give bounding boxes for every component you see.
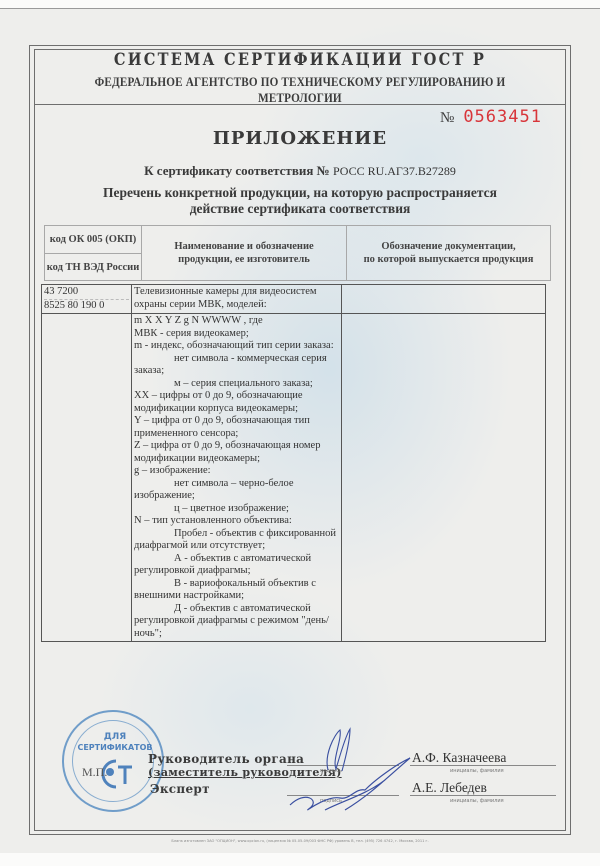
product-line: охраны серии МВК, моделей: — [134, 299, 339, 312]
number-sign: № — [440, 110, 454, 126]
okp-code: 43 7200 — [44, 286, 129, 299]
product-line: регулировкой диафрагмы с режимом "день/ — [134, 615, 339, 628]
certificate-number: РОСС RU.АГ37.В27289 — [333, 164, 456, 178]
product-line: N – тип установленного объектива: — [134, 515, 339, 528]
expert-label: Эксперт — [150, 782, 210, 796]
certificate-label: К сертификату соответствия № — [144, 163, 330, 178]
product-line: изображение; — [134, 490, 339, 503]
product-line: примененного сенсора; — [134, 428, 339, 441]
expert-signature — [285, 750, 415, 830]
product-line: нет символа - коммерческая серия — [134, 353, 339, 366]
product-line: диафрагмой или отсутствует; — [134, 540, 339, 553]
product-line: Телевизионные камеры для видеосистем — [134, 286, 339, 299]
product-cell: Телевизионные камеры для видеосистемохра… — [132, 285, 342, 313]
appendix-title: ПРИЛОЖЕНИЕ — [34, 128, 566, 149]
product-header-line-2: продукции, ее изготовитель — [174, 253, 313, 266]
form-number-value: 0563451 — [463, 107, 542, 127]
expert-name: А.Е. Лебедев — [412, 780, 487, 796]
agency-name: ФЕДЕРАЛЬНОЕ АГЕНТСТВО ПО ТЕХНИЧЕСКОМУ РЕ… — [59, 74, 541, 106]
product-line: модификации корпуса видеокамеры; — [134, 403, 339, 416]
table-row: 43 72008525 80 190 0Телевизионные камеры… — [42, 285, 545, 314]
head-label: Руководитель органа — [148, 752, 304, 766]
product-line: нет символа – черно-белое — [134, 478, 339, 491]
documentation-cell — [342, 285, 545, 313]
product-line: заказа; — [134, 365, 339, 378]
docs-header-line-1: Обозначение документации, — [364, 240, 534, 253]
product-line: Д - объектив с автоматической — [134, 603, 339, 616]
system-title: СИСТЕМА СЕРТИФИКАЦИИ ГОСТ Р — [71, 50, 529, 70]
product-line: МВК - серия видеокамер; — [134, 328, 339, 341]
product-line: регулировкой диафрагмы; — [134, 565, 339, 578]
product-line: внешними настройками; — [134, 590, 339, 603]
documentation-cell — [342, 314, 545, 641]
product-line: m X X Y Z g N WWWW , где — [134, 315, 339, 328]
expert-name-line — [410, 795, 556, 796]
form-number: №0563451 — [440, 107, 542, 127]
product-line: В - вариофокальный объектив с — [134, 578, 339, 591]
product-column-header: Наименование и обозначениепродукции, ее … — [142, 226, 347, 280]
seal-place-label: М.П. — [82, 765, 107, 780]
scope-description: Перечень конкретной продукции, на котору… — [34, 185, 566, 217]
stamp-top-text: ДЛЯ — [64, 732, 166, 742]
product-header-line-1: Наименование и обозначение — [174, 240, 313, 253]
certificate-reference: К сертификату соответствия № РОСС RU.АГ3… — [34, 163, 566, 179]
product-line: Z – цифра от 0 до 9, обозначающая номер — [134, 440, 339, 453]
product-line: Y – цифра от 0 до 9, обозначающая тип — [134, 415, 339, 428]
docs-column-header: Обозначение документации,по которой выпу… — [347, 226, 550, 280]
product-line: g – изображение: — [134, 465, 339, 478]
scope-line-2: действие сертификата соответствия — [34, 201, 566, 217]
tnved-code: 8525 80 190 0 — [44, 299, 129, 313]
code-cell: 43 72008525 80 190 0 — [42, 285, 132, 313]
product-table: 43 72008525 80 190 0Телевизионные камеры… — [41, 284, 546, 642]
code-column-header: код ОК 005 (ОКП) код ТН ВЭД России — [45, 226, 142, 280]
expert-name-caption: инициалы, фамилия — [450, 798, 504, 804]
head-name-line — [410, 765, 556, 766]
product-line: XX – цифры от 0 до 9, обозначающие — [134, 390, 339, 403]
product-line: Пробел - объектив с фиксированной — [134, 528, 339, 541]
product-line: модификации видеокамеры; — [134, 453, 339, 466]
printer-imprint: Бланк изготовлен ЗАО "ОПЦИОН", www.opcio… — [0, 839, 600, 843]
product-line: ц – цветное изображение; — [134, 503, 339, 516]
code-cell — [42, 314, 132, 641]
table-row: m X X Y Z g N WWWW , гдеМВК - серия виде… — [42, 314, 545, 641]
docs-header-line-2: по которой выпускается продукция — [364, 253, 534, 266]
tnved-code-header: код ТН ВЭД России — [45, 254, 141, 280]
product-line: ночь"; — [134, 628, 339, 641]
product-line: м – серия специального заказа; — [134, 378, 339, 391]
product-cell: m X X Y Z g N WWWW , гдеМВК - серия виде… — [132, 314, 342, 641]
scope-line-1: Перечень конкретной продукции, на котору… — [34, 185, 566, 201]
okp-code-header: код ОК 005 (ОКП) — [45, 226, 141, 254]
table-header: код ОК 005 (ОКП) код ТН ВЭД России Наиме… — [44, 225, 551, 281]
product-line: m - индекс, обозначающий тип серии заказ… — [134, 340, 339, 353]
stamp-main-text: СЕРТИФИКАТОВ — [64, 743, 166, 752]
head-name: А.Ф. Казначеева — [412, 750, 506, 766]
head-name-caption: инициалы, фамилия — [450, 768, 504, 774]
product-line: А - объектив с автоматической — [134, 553, 339, 566]
